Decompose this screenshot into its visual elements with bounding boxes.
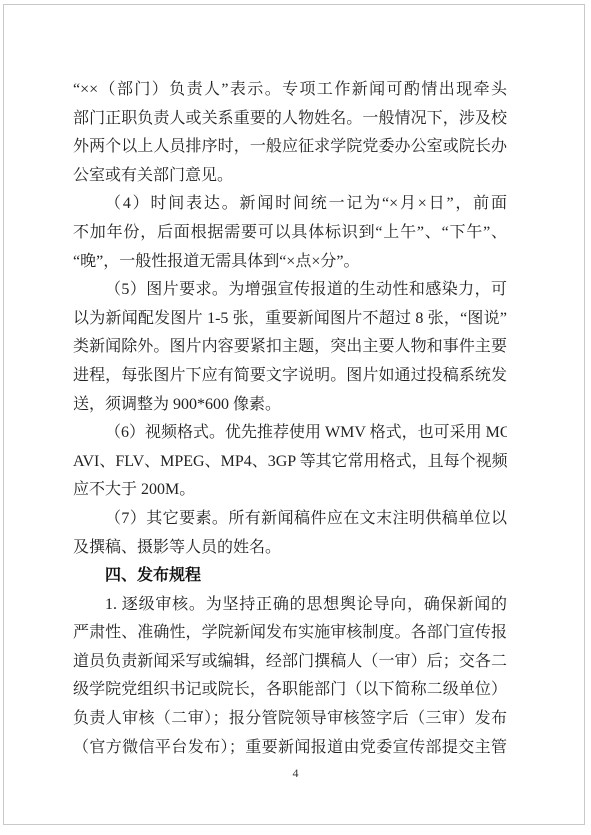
text-line: （4）时间表达。新闻时间统一记为“×月×日”，前面 xyxy=(73,190,507,219)
text-line: 以为新闻配发图片 1-5 张，重要新闻图片不超过 8 张，“图说” xyxy=(73,305,507,334)
text-line: 1. 逐级审核。为坚持正确的思想舆论导向，确保新闻的 xyxy=(73,591,507,620)
text-line: “晚”，一般性报道无需具体到“×点×分”。 xyxy=(73,248,507,277)
text-line: 公室或有关部门意见。 xyxy=(73,162,507,191)
text-line: （6）视频格式。优先推荐使用 WMV 格式，也可采用 MOV、 xyxy=(73,419,507,448)
text-line: 不加年份，后面根据需要可以具体标识到“上午”、“下午”、 xyxy=(73,219,507,248)
text-line: （官方微信平台发布）；重要新闻报道由党委宣传部提交主管 xyxy=(73,734,507,763)
text-line: 负责人审核（二审）；报分管院领导审核签字后（三审）发布 xyxy=(73,705,507,734)
section-heading: 四、发布规程 xyxy=(73,562,507,591)
text-line: 部门正职负责人或关系重要的人物姓名。一般情况下，涉及校 xyxy=(73,105,507,134)
text-line: （5）图片要求。为增强宣传报道的生动性和感染力，可 xyxy=(73,276,507,305)
text-line: 道员负责新闻采写或编辑，经部门撰稿人（一审）后；交各二 xyxy=(73,648,507,677)
text-line: 类新闻除外。图片内容要紧扣主题，突出主要人物和事件主要 xyxy=(73,333,507,362)
text-line: 应不大于 200M。 xyxy=(73,476,507,505)
text-line: AVI、FLV、MPEG、MP4、3GP 等其它常用格式，且每个视频文件 xyxy=(73,448,507,477)
text-line: “××（部门）负责人”表示。专项工作新闻可酌情出现牵头 xyxy=(73,76,507,105)
text-line: 级学院党组织书记或院长，各职能部门（以下简称二级单位） xyxy=(73,676,507,705)
text-block: “××（部门）负责人”表示。专项工作新闻可酌情出现牵头部门正职负责人或关系重要的… xyxy=(73,76,507,762)
text-line: 及撰稿、摄影等人员的姓名。 xyxy=(73,534,507,563)
text-line: 外两个以上人员排序时，一般应征求学院党委办公室或院长办 xyxy=(73,133,507,162)
text-line: 送，须调整为 900*600 像素。 xyxy=(73,391,507,420)
page-number: 4 xyxy=(0,766,591,781)
text-line: 严肃性、准确性，学院新闻发布实施审核制度。各部门宣传报 xyxy=(73,619,507,648)
text-line: 进程，每张图片下应有简要文字说明。图片如通过投稿系统发 xyxy=(73,362,507,391)
text-line: （7）其它要素。所有新闻稿件应在文末注明供稿单位以 xyxy=(73,505,507,534)
document-page: “××（部门）负责人”表示。专项工作新闻可酌情出现牵头部门正职负责人或关系重要的… xyxy=(0,0,591,835)
